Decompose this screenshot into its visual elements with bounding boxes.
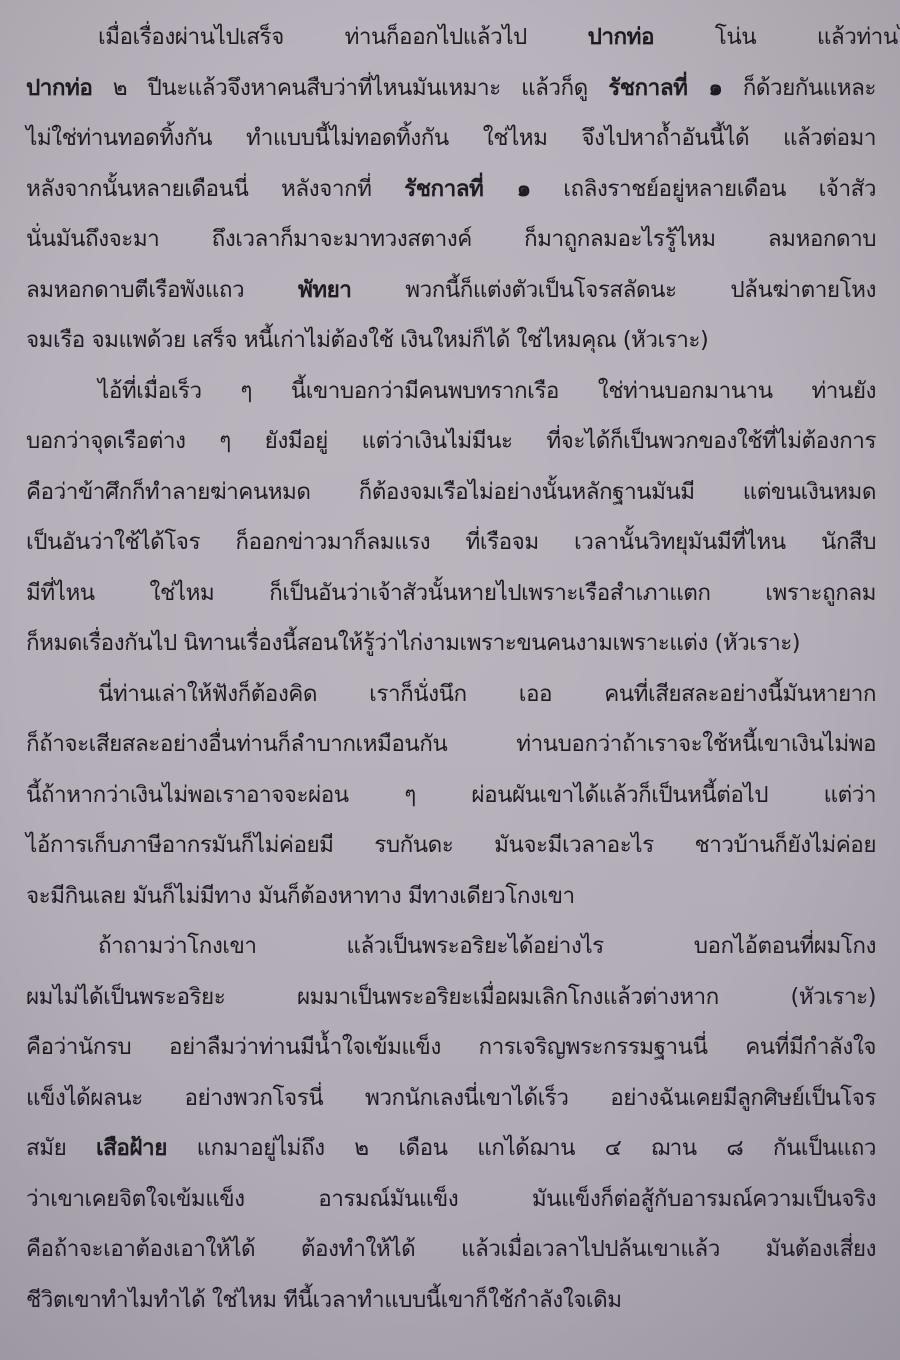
text-run: ก็ด้วยกันแหละ — [722, 75, 876, 101]
text-line: ไอ้การเก็บภาษีอากรมันก็ไม่ค่อยมี รบกันดะ… — [26, 820, 876, 871]
text-run: บอกว่าจุดเรือต่าง ๆ ยังมีอยู่ แต่ว่าเงิน… — [26, 428, 876, 454]
text-line: จมเรือ จมแพด้วย เสร็จ หนี้เก่าไม่ต้องใช้… — [26, 315, 876, 366]
text-line: หลังจากนั้นหลายเดือนนี่ หลังจากที่ รัชกา… — [26, 164, 876, 215]
paragraph: นี่ท่านเล่าให้ฟังก็ต้องคิด เราก็นั่งนึก … — [26, 669, 876, 922]
text-run: ผมไม่ได้เป็นพระอริยะ ผมมาเป็นพระอริยะเมื… — [26, 984, 876, 1010]
text-run: แข็งได้ผลนะ อย่างพวกโจรนี่ พวกนักเลงนี่เ… — [26, 1085, 876, 1111]
text-line: เป็นอันว่าใช้ได้โจร ก็ออกข่าวมาก็ลมแรง ท… — [26, 517, 876, 568]
text-run: เป็นอันว่าใช้ได้โจร ก็ออกข่าวมาก็ลมแรง ท… — [26, 529, 876, 555]
text-run: คือว่านักรบ อย่าลืมว่าท่านมีน้ำใจเข้มแข็… — [26, 1034, 876, 1060]
text-line: นี่ท่านเล่าให้ฟังก็ต้องคิด เราก็นั่งนึก … — [26, 669, 876, 720]
text-run: ชีวิตเขาทำไมทำได้ ใช่ไหม ทีนี้เวลาทำแบบน… — [26, 1287, 622, 1313]
text-line: เมื่อเรื่องผ่านไปเสร็จ ท่านก็ออกไปแล้วไป… — [26, 12, 900, 63]
paragraph: ไอ้ที่เมื่อเร็ว ๆ นี้เขาบอกว่ามีคนพบทราก… — [26, 366, 876, 669]
text-line: ถ้าถามว่าโกงเขา แล้วเป็นพระอริยะได้อย่าง… — [26, 921, 876, 972]
text-line: ผมไม่ได้เป็นพระอริยะ ผมมาเป็นพระอริยะเมื… — [26, 972, 876, 1023]
text-run: แกมาอยู่ไม่ถึง ๒ เดือน แกได้ฌาน ๔ ฌาน ๘ … — [167, 1135, 876, 1161]
text-run: ก็ถ้าจะเสียสละอย่างอื่นท่านก็ลำบากเหมือน… — [26, 731, 876, 757]
text-line: จะมีกินเลย มันก็ไม่มีทาง มันก็ต้องหาทาง … — [26, 871, 876, 922]
text-run: สมัย — [26, 1135, 96, 1161]
bold-term: ปากท่อ — [26, 75, 92, 101]
text-run: ๒ ปีนะแล้วจึงหาคนสืบว่าที่ไหนมันเหมาะ แล… — [92, 75, 608, 101]
text-run: ก็หมดเรื่องกันไป นิทานเรื่องนี้สอนให้รู้… — [26, 630, 800, 656]
text-run: จะมีกินเลย มันก็ไม่มีทาง มันก็ต้องหาทาง … — [26, 883, 575, 909]
text-run: ไอ้ที่เมื่อเร็ว ๆ นี้เขาบอกว่ามีคนพบทราก… — [98, 378, 876, 404]
text-line: แข็งได้ผลนะ อย่างพวกโจรนี่ พวกนักเลงนี่เ… — [26, 1073, 876, 1124]
text-run: ไอ้การเก็บภาษีอากรมันก็ไม่ค่อยมี รบกันดะ… — [26, 832, 876, 858]
text-line: นั่นมันถึงจะมา ถึงเวลาก็มาจะมาทวงสตางค์ … — [26, 214, 876, 265]
text-run: จมเรือ จมแพด้วย เสร็จ หนี้เก่าไม่ต้องใช้… — [26, 327, 708, 353]
text-line: นี้ถ้าหากว่าเงินไม่พอเราอาจจะผ่อน ๆ ผ่อน… — [26, 770, 876, 821]
text-run: นี่ท่านเล่าให้ฟังก็ต้องคิด เราก็นั่งนึก … — [98, 681, 876, 707]
text-run: โน่น แล้วท่านไปอยู่ — [654, 24, 900, 50]
text-run: เถลิงราชย์อยู่หลายเดือน เจ้าสัว — [531, 176, 876, 202]
bold-term: เสือฝ้าย — [96, 1135, 167, 1161]
paragraph: เมื่อเรื่องผ่านไปเสร็จ ท่านก็ออกไปแล้วไป… — [26, 12, 876, 366]
text-run: มีที่ไหน ใช่ไหม ก็เป็นอันว่าเจ้าสัวนั้นห… — [26, 580, 876, 606]
paragraph: ถ้าถามว่าโกงเขา แล้วเป็นพระอริยะได้อย่าง… — [26, 921, 876, 1325]
text-run: ลมหอกดาบตีเรือพังแถว — [26, 277, 298, 303]
text-run: นั่นมันถึงจะมา ถึงเวลาก็มาจะมาทวงสตางค์ … — [26, 226, 876, 252]
text-line: สมัย เสือฝ้าย แกมาอยู่ไม่ถึง ๒ เดือน แกไ… — [26, 1123, 876, 1174]
text-run: หลังจากนั้นหลายเดือนนี่ หลังจากที่ — [26, 176, 404, 202]
text-run: ไม่ใช่ท่านทอดทิ้งกัน ทำแบบนี้ไม่ทอดทิ้งก… — [26, 125, 876, 151]
text-line: ลมหอกดาบตีเรือพังแถว พัทยา พวกนี้ก็แต่งต… — [26, 265, 876, 316]
text-run: เมื่อเรื่องผ่านไปเสร็จ ท่านก็ออกไปแล้วไป — [98, 24, 588, 50]
text-line: บอกว่าจุดเรือต่าง ๆ ยังมีอยู่ แต่ว่าเงิน… — [26, 416, 876, 467]
bold-term: พัทยา — [298, 277, 351, 303]
text-run: นี้ถ้าหากว่าเงินไม่พอเราอาจจะผ่อน ๆ ผ่อน… — [26, 782, 876, 808]
text-line: ก็หมดเรื่องกันไป นิทานเรื่องนี้สอนให้รู้… — [26, 618, 876, 669]
bold-term: รัชกาลที่ ๑ — [608, 75, 722, 101]
text-line: ชีวิตเขาทำไมทำได้ ใช่ไหม ทีนี้เวลาทำแบบน… — [26, 1275, 876, 1326]
text-line: คือถ้าจะเอาต้องเอาให้ได้ ต้องทำให้ได้ แล… — [26, 1224, 876, 1275]
text-line: ไม่ใช่ท่านทอดทิ้งกัน ทำแบบนี้ไม่ทอดทิ้งก… — [26, 113, 876, 164]
text-line: คือว่านักรบ อย่าลืมว่าท่านมีน้ำใจเข้มแข็… — [26, 1022, 876, 1073]
text-line: คือว่าข้าศึกก็ทำลายฆ่าคนหมด ก็ต้องจมเรือ… — [26, 467, 876, 518]
text-line: ว่าเขาเคยจิตใจเข้มแข็ง อารมณ์มันแข็ง มัน… — [26, 1174, 876, 1225]
text-run: พวกนี้ก็แต่งตัวเป็นโจรสลัดนะ ปล้นฆ่าตายโ… — [351, 277, 876, 303]
text-run: ถ้าถามว่าโกงเขา แล้วเป็นพระอริยะได้อย่าง… — [98, 933, 876, 959]
bold-term: รัชกาลที่ ๑ — [404, 176, 530, 202]
text-line: ไอ้ที่เมื่อเร็ว ๆ นี้เขาบอกว่ามีคนพบทราก… — [26, 366, 876, 417]
text-run: คือว่าข้าศึกก็ทำลายฆ่าคนหมด ก็ต้องจมเรือ… — [26, 479, 876, 505]
text-line: ปากท่อ ๒ ปีนะแล้วจึงหาคนสืบว่าที่ไหนมันเ… — [26, 63, 876, 114]
text-line: ก็ถ้าจะเสียสละอย่างอื่นท่านก็ลำบากเหมือน… — [26, 719, 876, 770]
text-line: มีที่ไหน ใช่ไหม ก็เป็นอันว่าเจ้าสัวนั้นห… — [26, 568, 876, 619]
text-run: ว่าเขาเคยจิตใจเข้มแข็ง อารมณ์มันแข็ง มัน… — [26, 1186, 876, 1212]
text-run: คือถ้าจะเอาต้องเอาให้ได้ ต้องทำให้ได้ แล… — [26, 1236, 876, 1262]
book-page-text: เมื่อเรื่องผ่านไปเสร็จ ท่านก็ออกไปแล้วไป… — [26, 12, 876, 1325]
bold-term: ปากท่อ — [588, 24, 654, 50]
